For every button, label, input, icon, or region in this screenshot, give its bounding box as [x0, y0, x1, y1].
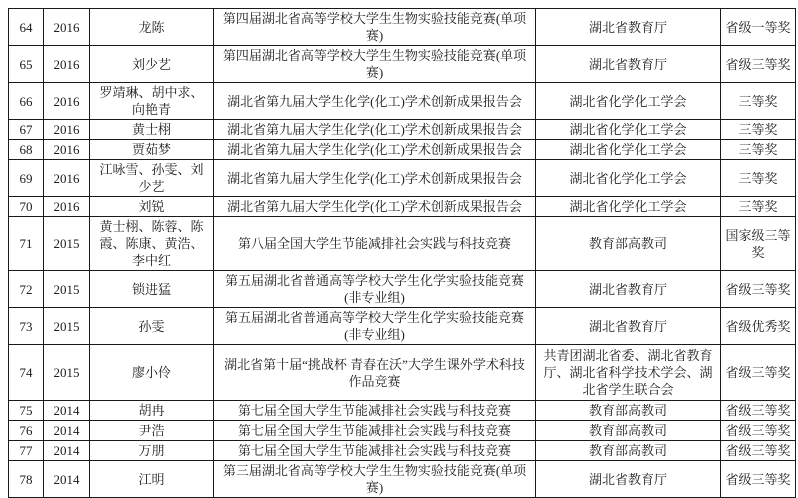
table-row: 72 2015 锁进猛 第五届湖北省普通高等学校大学生化学实验技能竞赛(非专业组…	[9, 271, 796, 308]
cell-award-level: 三等奖	[721, 160, 796, 197]
cell-organizer: 教育部高教司	[536, 421, 721, 441]
cell-year: 2016	[44, 140, 90, 160]
cell-organizer: 湖北省化学化工学会	[536, 120, 721, 140]
cell-row-number: 73	[9, 308, 44, 345]
cell-student-names: 刘少艺	[90, 46, 214, 83]
cell-competition-name: 第三届湖北省高等学校大学生生物实验技能竞赛(单项赛)	[214, 461, 536, 498]
cell-organizer: 湖北省化学化工学会	[536, 197, 721, 217]
cell-year: 2014	[44, 441, 90, 461]
cell-organizer: 湖北省教育厅	[536, 46, 721, 83]
cell-row-number: 78	[9, 461, 44, 498]
cell-student-names: 江咏雪、孙雯、刘少艺	[90, 160, 214, 197]
cell-year: 2015	[44, 271, 90, 308]
cell-year: 2015	[44, 345, 90, 401]
cell-competition-name: 湖北省第九届大学生化学(化工)学术创新成果报告会	[214, 197, 536, 217]
table-row: 68 2016 贾茹梦 湖北省第九届大学生化学(化工)学术创新成果报告会 湖北省…	[9, 140, 796, 160]
cell-organizer: 湖北省化学化工学会	[536, 160, 721, 197]
cell-year: 2016	[44, 120, 90, 140]
cell-competition-name: 第四届湖北省高等学校大学生生物实验技能竞赛(单项赛)	[214, 46, 536, 83]
cell-award-level: 国家级三等奖	[721, 217, 796, 271]
table-row: 66 2016 罗靖琳、胡中求、向艳青 湖北省第九届大学生化学(化工)学术创新成…	[9, 83, 796, 120]
table-row: 78 2014 江明 第三届湖北省高等学校大学生生物实验技能竞赛(单项赛) 湖北…	[9, 461, 796, 498]
table-row: 77 2014 万朋 第七届全国大学生节能减排社会实践与科技竞赛 教育部高教司 …	[9, 441, 796, 461]
cell-organizer: 湖北省化学化工学会	[536, 140, 721, 160]
cell-competition-name: 第五届湖北省普通高等学校大学生化学实验技能竞赛(非专业组)	[214, 308, 536, 345]
cell-student-names: 锁进猛	[90, 271, 214, 308]
awards-table-body: 64 2016 龙陈 第四届湖北省高等学校大学生生物实验技能竞赛(单项赛) 湖北…	[9, 9, 796, 498]
cell-row-number: 65	[9, 46, 44, 83]
cell-year: 2016	[44, 160, 90, 197]
awards-table: 64 2016 龙陈 第四届湖北省高等学校大学生生物实验技能竞赛(单项赛) 湖北…	[8, 8, 796, 498]
cell-competition-name: 第八届全国大学生节能减排社会实践与科技竞赛	[214, 217, 536, 271]
cell-student-names: 龙陈	[90, 9, 214, 46]
cell-award-level: 三等奖	[721, 140, 796, 160]
table-row: 65 2016 刘少艺 第四届湖北省高等学校大学生生物实验技能竞赛(单项赛) 湖…	[9, 46, 796, 83]
cell-student-names: 胡冉	[90, 401, 214, 421]
cell-student-names: 廖小伶	[90, 345, 214, 401]
cell-organizer: 共青团湖北省委、湖北省教育厅、湖北省科学技术学会、湖北省学生联合会	[536, 345, 721, 401]
table-row: 74 2015 廖小伶 湖北省第十届“挑战杯 青春在沃”大学生课外学术科技作品竞…	[9, 345, 796, 401]
cell-year: 2016	[44, 9, 90, 46]
cell-row-number: 71	[9, 217, 44, 271]
table-row: 64 2016 龙陈 第四届湖北省高等学校大学生生物实验技能竞赛(单项赛) 湖北…	[9, 9, 796, 46]
cell-row-number: 77	[9, 441, 44, 461]
cell-organizer: 湖北省教育厅	[536, 271, 721, 308]
cell-year: 2016	[44, 46, 90, 83]
cell-student-names: 黄士栩、陈蓉、陈霞、陈康、黄浩、李中红	[90, 217, 214, 271]
cell-row-number: 76	[9, 421, 44, 441]
cell-award-level: 三等奖	[721, 197, 796, 217]
cell-row-number: 70	[9, 197, 44, 217]
cell-student-names: 江明	[90, 461, 214, 498]
cell-row-number: 68	[9, 140, 44, 160]
cell-student-names: 孙雯	[90, 308, 214, 345]
document-page: 64 2016 龙陈 第四届湖北省高等学校大学生生物实验技能竞赛(单项赛) 湖北…	[0, 0, 798, 496]
cell-organizer: 湖北省教育厅	[536, 308, 721, 345]
cell-competition-name: 湖北省第九届大学生化学(化工)学术创新成果报告会	[214, 120, 536, 140]
cell-award-level: 三等奖	[721, 83, 796, 120]
cell-row-number: 74	[9, 345, 44, 401]
cell-award-level: 省级三等奖	[721, 441, 796, 461]
cell-award-level: 省级一等奖	[721, 9, 796, 46]
cell-competition-name: 第五届湖北省普通高等学校大学生化学实验技能竞赛(非专业组)	[214, 271, 536, 308]
cell-organizer: 湖北省教育厅	[536, 9, 721, 46]
cell-organizer: 教育部高教司	[536, 441, 721, 461]
cell-row-number: 64	[9, 9, 44, 46]
cell-organizer: 教育部高教司	[536, 401, 721, 421]
cell-award-level: 省级三等奖	[721, 401, 796, 421]
cell-award-level: 省级三等奖	[721, 46, 796, 83]
table-row: 70 2016 刘锐 湖北省第九届大学生化学(化工)学术创新成果报告会 湖北省化…	[9, 197, 796, 217]
cell-row-number: 66	[9, 83, 44, 120]
cell-organizer: 教育部高教司	[536, 217, 721, 271]
cell-year: 2016	[44, 197, 90, 217]
cell-award-level: 三等奖	[721, 120, 796, 140]
cell-year: 2014	[44, 421, 90, 441]
cell-student-names: 尹浩	[90, 421, 214, 441]
cell-award-level: 省级三等奖	[721, 271, 796, 308]
cell-award-level: 省级三等奖	[721, 421, 796, 441]
table-row: 71 2015 黄士栩、陈蓉、陈霞、陈康、黄浩、李中红 第八届全国大学生节能减排…	[9, 217, 796, 271]
cell-organizer: 湖北省化学化工学会	[536, 83, 721, 120]
cell-competition-name: 湖北省第九届大学生化学(化工)学术创新成果报告会	[214, 160, 536, 197]
table-row: 67 2016 黄士栩 湖北省第九届大学生化学(化工)学术创新成果报告会 湖北省…	[9, 120, 796, 140]
cell-student-names: 罗靖琳、胡中求、向艳青	[90, 83, 214, 120]
cell-competition-name: 第七届全国大学生节能减排社会实践与科技竞赛	[214, 401, 536, 421]
cell-year: 2015	[44, 217, 90, 271]
cell-student-names: 万朋	[90, 441, 214, 461]
cell-competition-name: 湖北省第九届大学生化学(化工)学术创新成果报告会	[214, 140, 536, 160]
cell-row-number: 69	[9, 160, 44, 197]
cell-competition-name: 第七届全国大学生节能减排社会实践与科技竞赛	[214, 421, 536, 441]
table-row: 73 2015 孙雯 第五届湖北省普通高等学校大学生化学实验技能竞赛(非专业组)…	[9, 308, 796, 345]
cell-row-number: 75	[9, 401, 44, 421]
cell-year: 2014	[44, 401, 90, 421]
cell-award-level: 省级三等奖	[721, 461, 796, 498]
cell-student-names: 黄士栩	[90, 120, 214, 140]
cell-competition-name: 湖北省第九届大学生化学(化工)学术创新成果报告会	[214, 83, 536, 120]
cell-student-names: 贾茹梦	[90, 140, 214, 160]
cell-row-number: 67	[9, 120, 44, 140]
table-row: 75 2014 胡冉 第七届全国大学生节能减排社会实践与科技竞赛 教育部高教司 …	[9, 401, 796, 421]
cell-organizer: 湖北省教育厅	[536, 461, 721, 498]
cell-year: 2014	[44, 461, 90, 498]
cell-competition-name: 第七届全国大学生节能减排社会实践与科技竞赛	[214, 441, 536, 461]
cell-year: 2015	[44, 308, 90, 345]
table-row: 76 2014 尹浩 第七届全国大学生节能减排社会实践与科技竞赛 教育部高教司 …	[9, 421, 796, 441]
cell-award-level: 省级优秀奖	[721, 308, 796, 345]
cell-competition-name: 湖北省第十届“挑战杯 青春在沃”大学生课外学术科技作品竞赛	[214, 345, 536, 401]
cell-competition-name: 第四届湖北省高等学校大学生生物实验技能竞赛(单项赛)	[214, 9, 536, 46]
table-row: 69 2016 江咏雪、孙雯、刘少艺 湖北省第九届大学生化学(化工)学术创新成果…	[9, 160, 796, 197]
cell-student-names: 刘锐	[90, 197, 214, 217]
cell-row-number: 72	[9, 271, 44, 308]
cell-year: 2016	[44, 83, 90, 120]
cell-award-level: 省级三等奖	[721, 345, 796, 401]
